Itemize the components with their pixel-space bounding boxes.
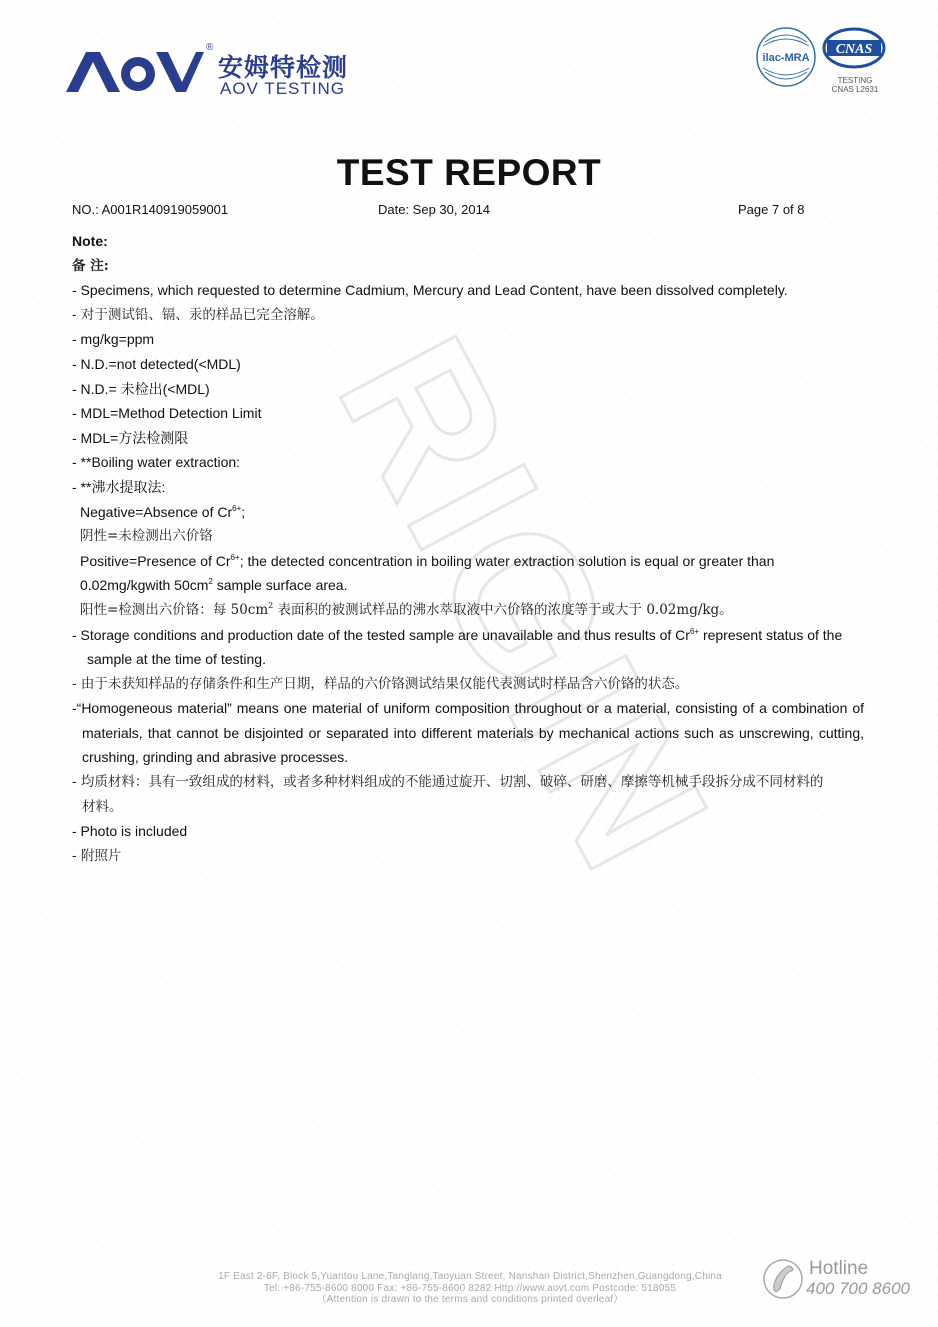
- note-storage-en-2: sample at the time of testing.: [72, 647, 872, 672]
- notes-heading-en: Note:: [72, 229, 872, 254]
- report-title: TEST REPORT: [0, 152, 938, 194]
- note-mgkg: - mg/kg=ppm: [72, 327, 872, 352]
- note-homogeneous-en-3: crushing, grinding and abrasive processe…: [72, 745, 872, 770]
- note-boiling-cn: - **沸水提取法:: [72, 475, 872, 500]
- note-homogeneous-en-2: materials, that cannot be disjointed or …: [72, 721, 864, 746]
- negative-text-end: ;: [241, 504, 245, 520]
- note-specimens-cn: - 对于测试铅、镉、汞的样品已完全溶解。: [72, 303, 872, 328]
- note-storage-en: - Storage conditions and production date…: [72, 623, 872, 648]
- positive-text-2: 0.02mg/kgwith 50cm: [80, 577, 208, 593]
- footer-address-block: 1F East 2-6F, Block 5,Yuantou Lane,Tangl…: [190, 1271, 750, 1306]
- report-number: NO.: A001R140919059001: [72, 202, 228, 217]
- note-negative-en: Negative=Absence of Cr6+;: [72, 500, 872, 525]
- storage-text: - Storage conditions and production date…: [72, 627, 690, 643]
- registered-mark: ®: [206, 42, 213, 53]
- page-indicator: Page 7 of 8: [738, 202, 805, 217]
- negative-text: Negative=Absence of Cr: [80, 504, 232, 520]
- positive-text: Positive=Presence of Cr: [80, 553, 231, 569]
- aov-logo-mark-icon: [64, 50, 204, 94]
- superscript: 6+: [232, 504, 241, 513]
- svg-text:ilac-MRA: ilac-MRA: [762, 52, 809, 64]
- phone-icon: [762, 1258, 804, 1300]
- note-mdl-en: - MDL=Method Detection Limit: [72, 401, 872, 426]
- note-boiling-en: - **Boiling water extraction:: [72, 450, 872, 475]
- positive-cn-text: 阳性=检测出六价铬：每 50cm: [80, 602, 268, 618]
- positive-text-2-end: sample surface area.: [213, 577, 348, 593]
- cnas-icon: CNAS: [821, 26, 887, 70]
- note-photo-cn: - 附照片: [72, 844, 872, 869]
- aov-logo: ® 安姆特检测 AOV TESTING: [64, 40, 364, 100]
- superscript: 6+: [231, 553, 240, 562]
- storage-text-end: represent status of the: [699, 627, 842, 643]
- note-mdl-cn: - MDL=方法检测限: [72, 426, 872, 451]
- logo-english-name: AOV TESTING: [220, 79, 345, 99]
- footer-address: 1F East 2-6F, Block 5,Yuantou Lane,Tangl…: [190, 1271, 750, 1283]
- note-storage-cn: - 由于未获知样品的存储条件和生产日期，样品的六价铬测试结果仅能代表测试时样品含…: [72, 672, 872, 697]
- cnas-testing-label: TESTING: [825, 76, 885, 85]
- superscript: 6+: [690, 627, 699, 636]
- hotline-number: 400 700 8600: [806, 1279, 910, 1299]
- note-homogeneous-cn-2: 材料。: [72, 795, 872, 820]
- hotline-label: Hotline: [809, 1258, 868, 1280]
- accreditation-badges: ilac-MRA CNAS TESTING CNAS L2631: [755, 26, 890, 98]
- notes-heading-cn: 备 注:: [72, 254, 872, 279]
- note-nd-en: - N.D.=not detected(<MDL): [72, 352, 872, 377]
- note-specimens-en: - Specimens, which requested to determin…: [72, 278, 872, 303]
- note-nd-cn: - N.D.= 未检出(<MDL): [72, 377, 872, 402]
- footer-contact: Tel: +86-755-8600 8000 Fax: +86-755-8600…: [190, 1283, 750, 1295]
- note-homogeneous-cn-1: - 均质材料：具有一致组成的材料，或者多种材料组成的不能通过旋开、切割、破碎、研…: [72, 770, 872, 795]
- cnas-number-label: CNAS L2631: [825, 85, 885, 94]
- note-positive-en: Positive=Presence of Cr6+; the detected …: [72, 549, 872, 574]
- report-date: Date: Sep 30, 2014: [378, 202, 490, 217]
- svg-text:CNAS: CNAS: [836, 42, 873, 57]
- ilac-mra-icon: ilac-MRA: [755, 26, 817, 88]
- notes-section: Note: 备 注: - Specimens, which requested …: [72, 229, 872, 868]
- hotline-block: Hotline 400 700 8600: [762, 1258, 922, 1302]
- note-positive-cn: 阳性=检测出六价铬：每 50cm2 表面积的被测试样品的沸水萃取液中六价铬的浓度…: [72, 598, 872, 623]
- note-negative-cn: 阴性=未检测出六价铬: [72, 524, 872, 549]
- positive-cn-text-end: 表面积的被测试样品的沸水萃取液中六价铬的浓度等于或大于 0.02mg/kg。: [273, 602, 732, 618]
- footer-attention: （Attention is drawn to the terms and con…: [190, 1294, 750, 1306]
- note-photo-en: - Photo is included: [72, 819, 872, 844]
- note-positive-en-2: 0.02mg/kgwith 50cm2 sample surface area.: [72, 573, 872, 598]
- positive-text-end: ; the detected concentration in boiling …: [240, 553, 775, 569]
- note-homogeneous-en-1: -“Homogeneous material” means one materi…: [72, 696, 864, 721]
